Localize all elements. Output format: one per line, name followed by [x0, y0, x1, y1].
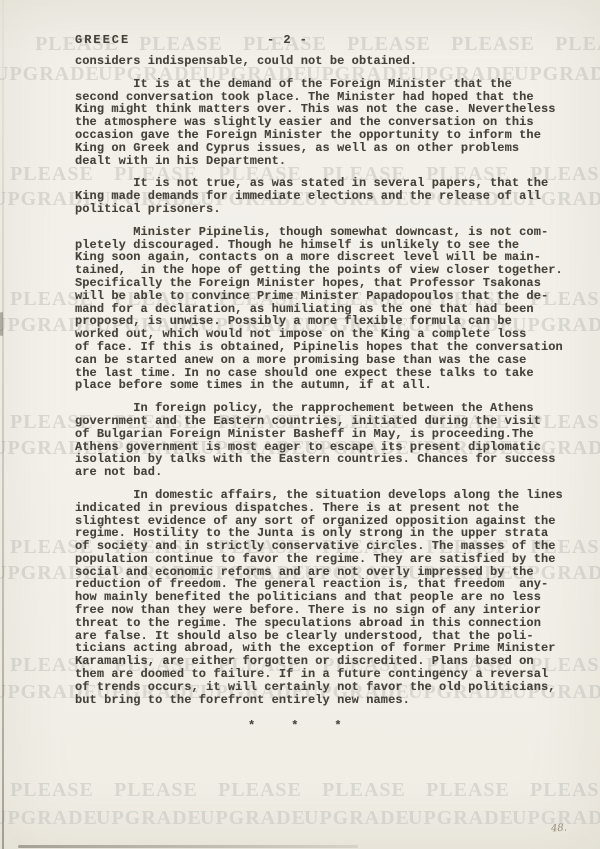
paragraph-domestic-affairs: In domestic affairs, the situation devel…: [75, 489, 563, 707]
watermark-text: PLEASE: [312, 780, 416, 801]
handwritten-annotation: 48.: [551, 822, 568, 834]
watermark-text: UPGRADE: [408, 808, 512, 829]
watermark-row: UPGRADEUPGRADEUPGRADEUPGRADEUPGRADEUPGRA…: [0, 808, 600, 829]
watermark-text: PLEASE: [104, 780, 208, 801]
watermark-text: PLEASE: [441, 34, 545, 55]
paragraph-continuation: considers indispensable, could not be ob…: [75, 55, 563, 68]
watermark-text: UPGRADE: [304, 808, 408, 829]
paragraph-second-conversation: It is at the demand of the Foreign Minis…: [75, 78, 563, 168]
paragraph-minister-pipinelis: Minister Pipinelis, though somewhat down…: [75, 226, 563, 392]
document-title: GREECE: [75, 33, 130, 47]
watermark-text: PLEASE: [129, 34, 233, 55]
watermark-row: PLEASEPLEASEPLEASEPLEASEPLEASEPLEASE: [0, 780, 600, 801]
document-page: PLEASEPLEASEPLEASEPLEASEPLEASEPLEASEUPGR…: [0, 0, 600, 849]
paragraph-foreign-policy: In foreign policy, the rapprochement bet…: [75, 402, 563, 479]
watermark-text: PLEASE: [520, 780, 600, 801]
page-number: - 2 -: [267, 33, 308, 47]
watermark-text: PLEASE: [337, 34, 441, 55]
watermark-text: UPGRADE: [96, 808, 200, 829]
watermark-text: UPGRADE: [0, 808, 96, 829]
document-body: considers indispensable, could not be ob…: [75, 55, 563, 733]
watermark-text: PLEASE: [208, 780, 312, 801]
watermark-text: PLEASE: [0, 780, 104, 801]
page-edge-bottom: [18, 845, 358, 848]
section-separator-asterisks: * * *: [248, 720, 563, 733]
watermark-text: PLEASE: [545, 34, 600, 55]
page-edge-left: [2, 0, 4, 849]
paragraph-not-true: It is not true, as was stated in several…: [75, 177, 563, 215]
page-edge-smudge: [0, 312, 3, 336]
watermark-text: PLEASE: [416, 780, 520, 801]
watermark-text: UPGRADE: [200, 808, 304, 829]
